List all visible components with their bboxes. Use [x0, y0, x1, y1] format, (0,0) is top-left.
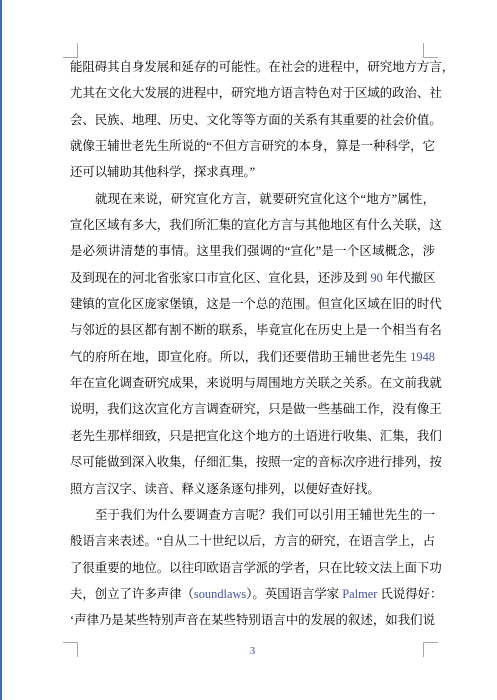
text-line: 能阻碍其自身发展和延存的可能性。在社会的进程中，研究地方方言， — [70, 54, 435, 80]
text-line: 宣化区域有多大，我们所汇集的宣化方言与其他地区有什么关联，这 — [70, 212, 435, 238]
text-line: 气的府所在地，即宣化府。所以，我们还要借助王辅世老先生 1948 — [70, 344, 435, 370]
text-line: 说明，我们这次宣化方言调查研究，只是做一些基础工作，没有像王 — [70, 396, 435, 422]
text-line: 夫，创立了许多声律（soundlaws）。英国语言学家 Palmer 氏说得好： — [70, 581, 435, 607]
text-line: 建镇的宣化区庞家堡镇，这是一个总的范围。但宣化区域在旧的时代 — [70, 291, 435, 317]
text-line: 是必须讲清楚的事情。这里我们强调的“宣化”是一个区域概念，涉 — [70, 238, 435, 264]
document-page: 能阻碍其自身发展和延存的可能性。在社会的进程中，研究地方方言，尤其在文化大发展的… — [0, 0, 497, 700]
text-line: 就像王辅世老先生所说的“不但方言研究的本身，算是一种科学，它 — [70, 133, 435, 159]
document-text-area[interactable]: 能阻碍其自身发展和延存的可能性。在社会的进程中，研究地方方言，尤其在文化大发展的… — [70, 54, 435, 634]
latin-text: Palmer — [342, 587, 377, 601]
text-line: ‘声律乃是某些特别声音在某些特别语言中的发展的叙述，如我们说 — [70, 607, 435, 633]
text-line: 还可以辅助其他科学，探求真理。” — [70, 159, 435, 185]
text-line: 尤其在文化大发展的进程中，研究地方语言特色对于区域的政治、社 — [70, 80, 435, 106]
text-line: 与邻近的县区都有割不断的联系，毕竟宣化在历史上是一个相当有名 — [70, 317, 435, 343]
latin-text: 90 — [370, 271, 382, 285]
text-line: 般语言来表述。“自从二十世纪以后，方言的研究，在语言学上，占 — [70, 528, 435, 554]
text-line: 了很重要的地位。以往印欧语言学派的学者，只在比较文法上面下功 — [70, 555, 435, 581]
page-number: 3 — [70, 645, 435, 657]
text-line: 老先生那样细致，只是把宣化这个地方的土语进行收集、汇集，我们 — [70, 423, 435, 449]
text-line: 年在宣化调查研究成果，来说明与周围地方关联之关系。在文前我就 — [70, 370, 435, 396]
text-line: 及到现在的河北省张家口市宣化区、宣化县，还涉及到 90 年代撤区 — [70, 265, 435, 291]
text-line: 照方言汉字、读音、释义逐条逐句排列，以便好查好找。 — [70, 476, 435, 502]
text-line: 会、民族、地理、历史、文化等等方面的关系有其重要的社会价值。 — [70, 107, 435, 133]
text-line: 至于我们为什么要调查方言呢？我们可以引用王辅世先生的一 — [70, 502, 435, 528]
text-line: 就现在来说，研究宣化方言，就要研究宣化这个“地方”属性， — [70, 186, 435, 212]
text-line: 尽可能做到深入收集，仔细汇集，按照一定的音标次序进行排列，按 — [70, 449, 435, 475]
latin-text: 1948 — [410, 350, 435, 364]
window-left-edge-line — [0, 0, 2, 700]
latin-text: soundlaws — [194, 587, 246, 601]
